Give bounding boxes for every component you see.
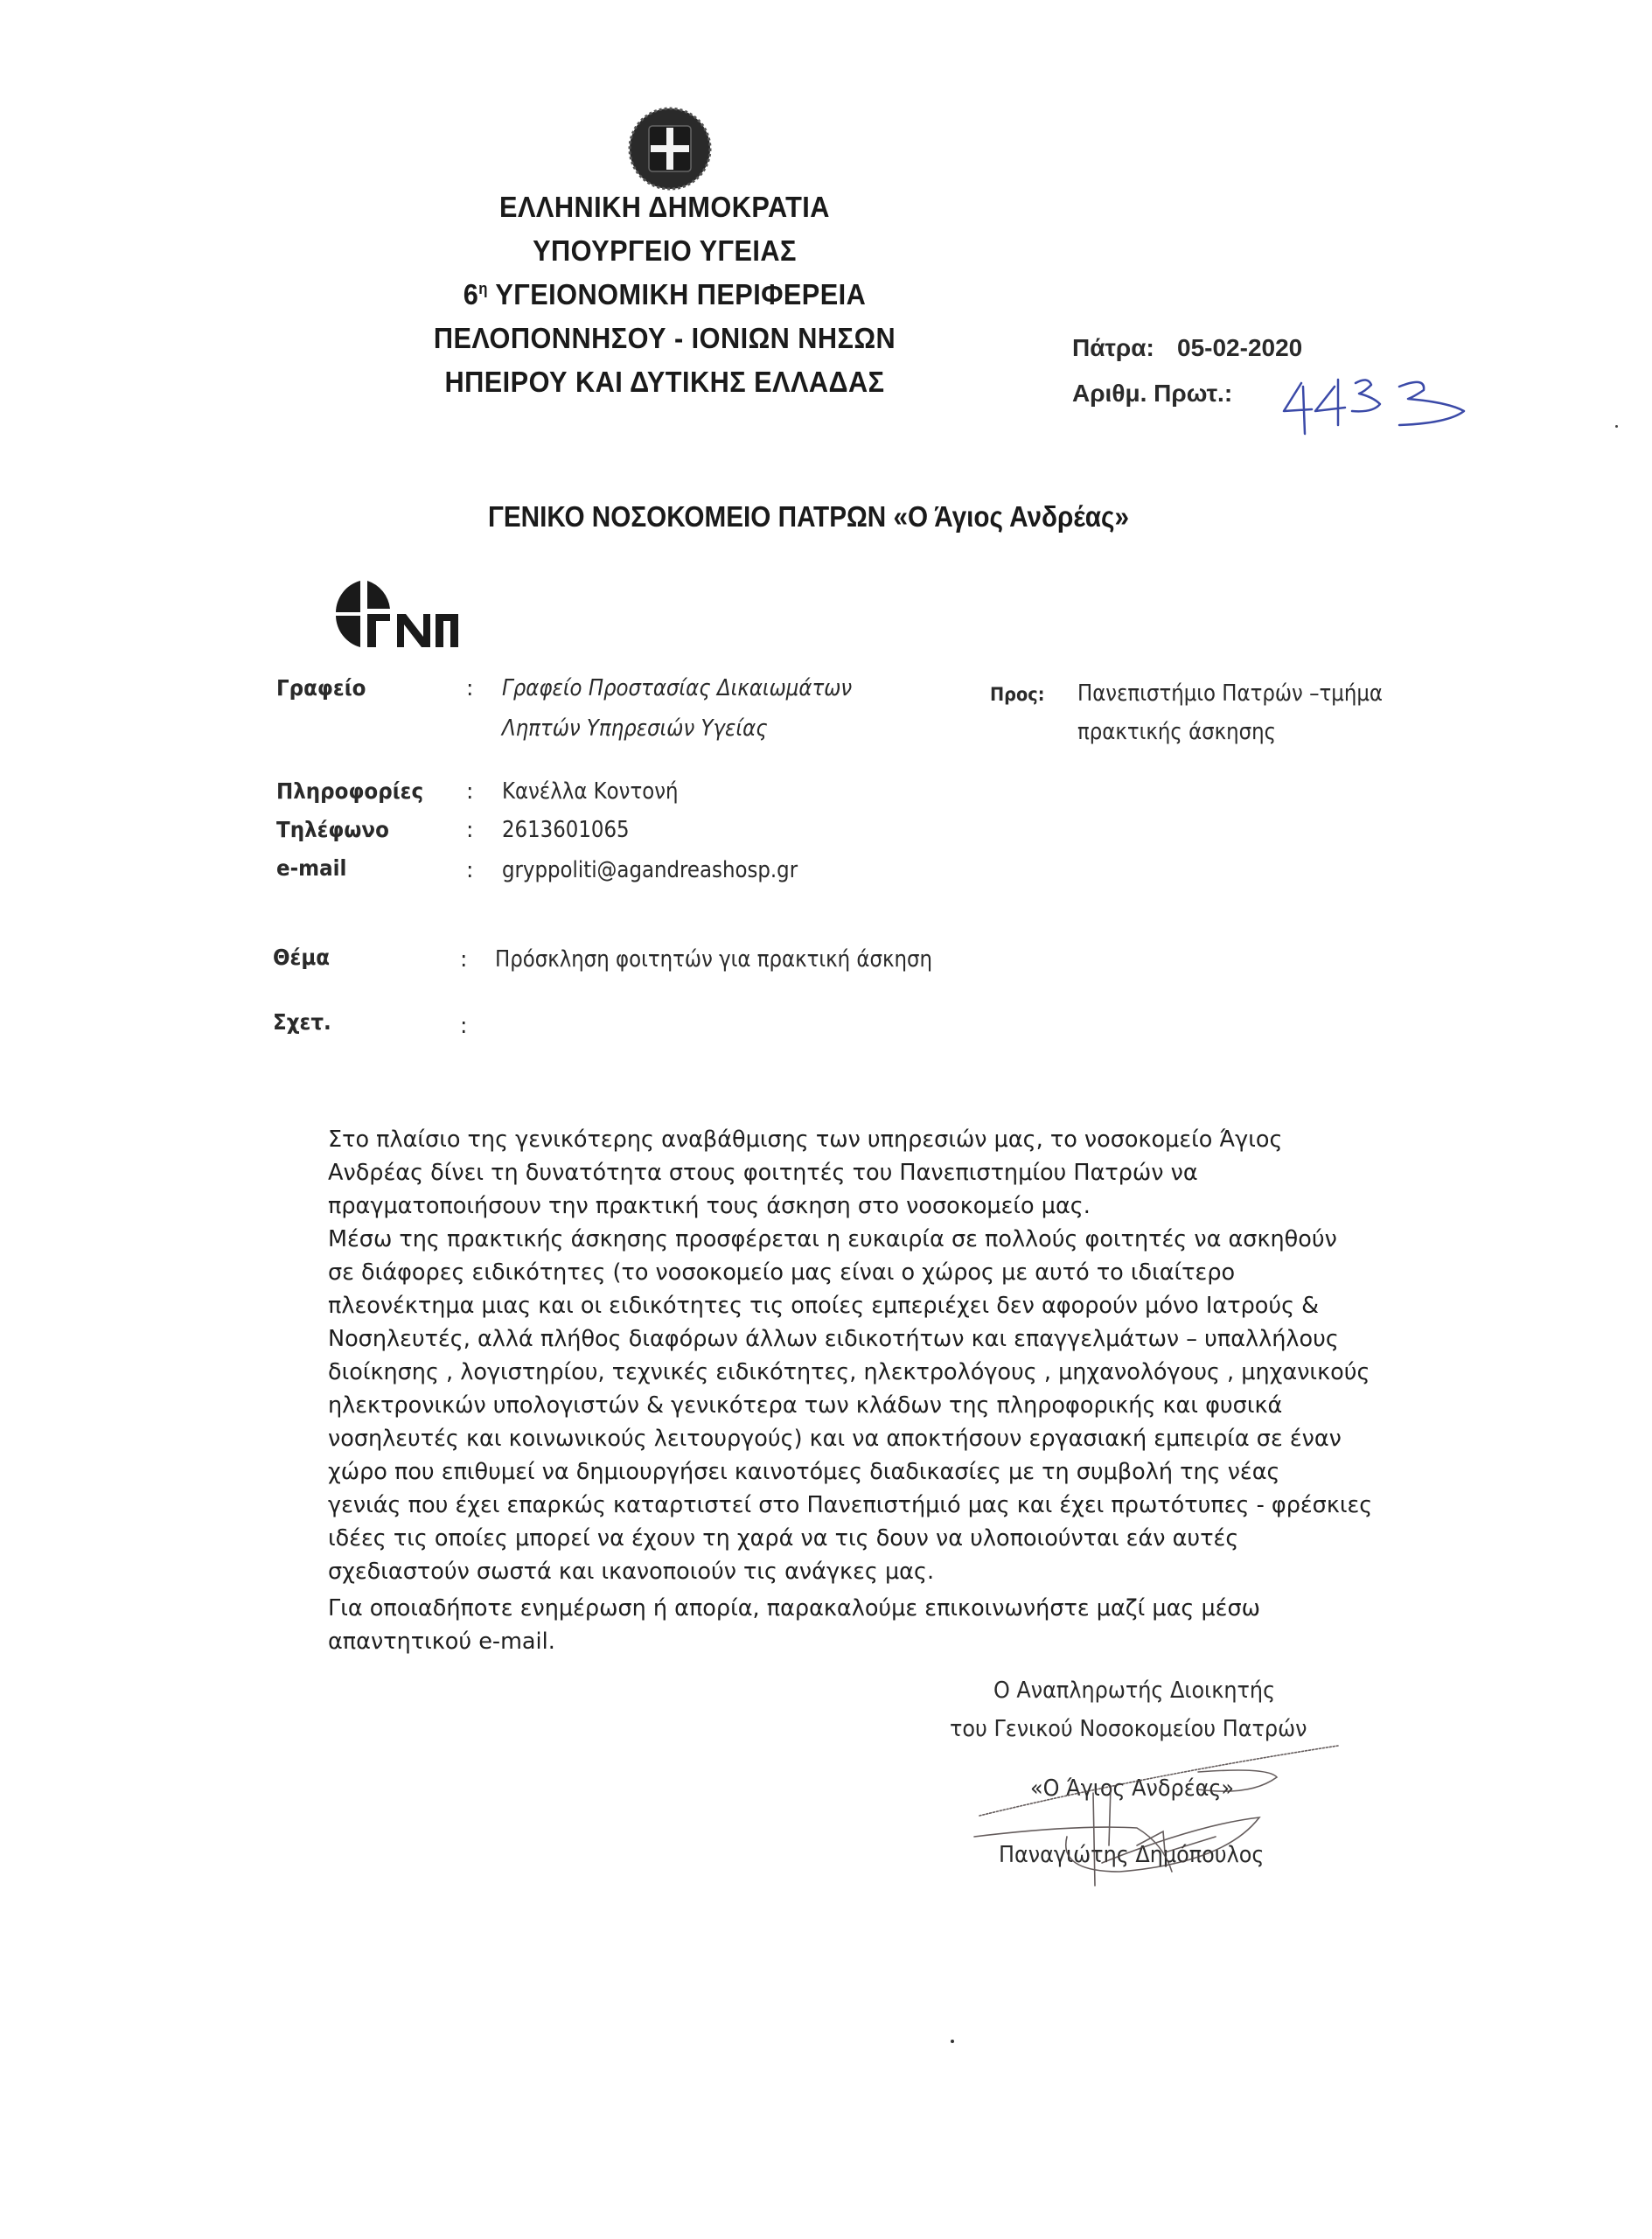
gnp-hospital-logo-icon: ΓΝΠ [336,579,458,649]
email-label: e-mail [276,855,346,881]
subject-separator: : [460,946,467,972]
email-value: gryppoliti@agandreashosp.gr [502,857,798,883]
body-line: σχεδιαστούν σωστά και ικανοποιούν τις αν… [328,1559,934,1585]
office-label: Γραφείο [276,675,366,701]
region-superscript: η [478,280,488,297]
handwritten-signature-icon [971,1740,1356,1889]
phone-label: Τηλέφωνο [276,817,389,842]
signature-title-line-2: του Γενικού Νοσοκομείου Πατρών [950,1716,1307,1742]
greek-coat-of-arms-icon [628,107,712,191]
letterhead-line-3: 6η ΥΓΕΙΟΝΟΜΙΚΗ ΠΕΡΙΦΕΡΕΙΑ [46,278,1283,311]
phone-separator: : [466,817,473,842]
recipient-value-line-2: πρακτικής άσκησης [1077,719,1276,745]
protocol-number-handwritten: 4433 [1277,367,1487,446]
hospital-title: ΓΕΝΙΚΟ ΝΟΣΟΚΟΜΕΙΟ ΠΑΤΡΩΝ «Ο Άγιος Ανδρέα… [488,500,1129,534]
info-label: Πληροφορίες [276,778,423,804]
place-label: Πάτρα: [1072,334,1154,362]
letterhead-line-2: ΥΠΟΥΡΓΕΙΟ ΥΓΕΙΑΣ [46,234,1283,268]
body-line: πραγματοποιήσουν την πρακτική τους άσκησ… [328,1193,1091,1219]
body-line: πλεονέκτημα μιας και οι ειδικότητες τις … [328,1293,1319,1319]
body-line: σε διάφορες ειδικότητες (το νοσοκομείο μ… [328,1259,1235,1286]
document-date: 05-02-2020 [1177,334,1302,362]
office-value-line-2: Ληπτών Υπηρεσιών Υγείας [502,715,768,742]
scan-speck [1615,425,1618,428]
info-value: Κανέλλα Κοντονή [502,778,679,805]
region-number: 6 [464,278,479,310]
letterhead-line-1: ΕΛΛΗΝΙΚΗ ΔΗΜΟΚΡΑΤΙΑ [46,191,1283,224]
body-line: Για οποιαδήποτε ενημέρωση ή απορία, παρα… [328,1595,1260,1622]
subject-label: Θέμα [273,945,330,970]
body-line: νοσηλευτές και κοινωνικούς λειτουργούς) … [328,1426,1342,1452]
reference-separator: : [460,1013,467,1038]
protocol-label: Αριθμ. Πρωτ.: [1072,380,1232,408]
recipient-label: Προς: [990,684,1044,705]
body-line: διοίκησης , λογιστηρίου, τεχνικές ειδικό… [328,1359,1370,1385]
body-line: γενιάς που έχει επαρκώς καταρτιστεί στο … [328,1492,1372,1518]
body-line: ιδέες τις οποίες μπορεί να έχουν τη χαρά… [328,1525,1238,1552]
body-line: Ανδρέας δίνει τη δυνατότητα στους φοιτητ… [328,1160,1198,1186]
region-name: ΥΓΕΙΟΝΟΜΙΚΗ ΠΕΡΙΦΕΡΕΙΑ [488,278,866,310]
info-separator: : [466,778,473,804]
body-line: χώρο που επιθυμεί να δημιουργήσει καινοτ… [328,1459,1280,1485]
body-line: ηλεκτρονικών υπολογιστών & γενικότερα τω… [328,1392,1282,1419]
reference-label: Σχετ. [273,1009,331,1035]
office-separator: : [466,675,473,701]
body-line: Μέσω της πρακτικής άσκησης προσφέρεται η… [328,1226,1337,1252]
body-line: Νοσηλευτές, αλλά πλήθος διαφόρων άλλων ε… [328,1326,1339,1352]
recipient-value-line-1: Πανεπιστήμιο Πατρών –τμήμα [1077,680,1383,707]
office-value-line-1: Γραφείο Προστασίας Δικαιωμάτων [502,675,852,701]
phone-value: 2613601065 [502,817,630,843]
body-line: Στο πλαίσιο της γενικότερης αναβάθμισης … [328,1126,1282,1153]
scan-speck [951,2040,954,2043]
body-line: απαντητικού e-mail. [328,1629,555,1655]
email-separator: : [466,857,473,882]
signature-title-line-1: Ο Αναπληρωτής Διοικητής [993,1678,1275,1704]
subject-value: Πρόσκληση φοιτητών για πρακτική άσκηση [495,946,932,973]
